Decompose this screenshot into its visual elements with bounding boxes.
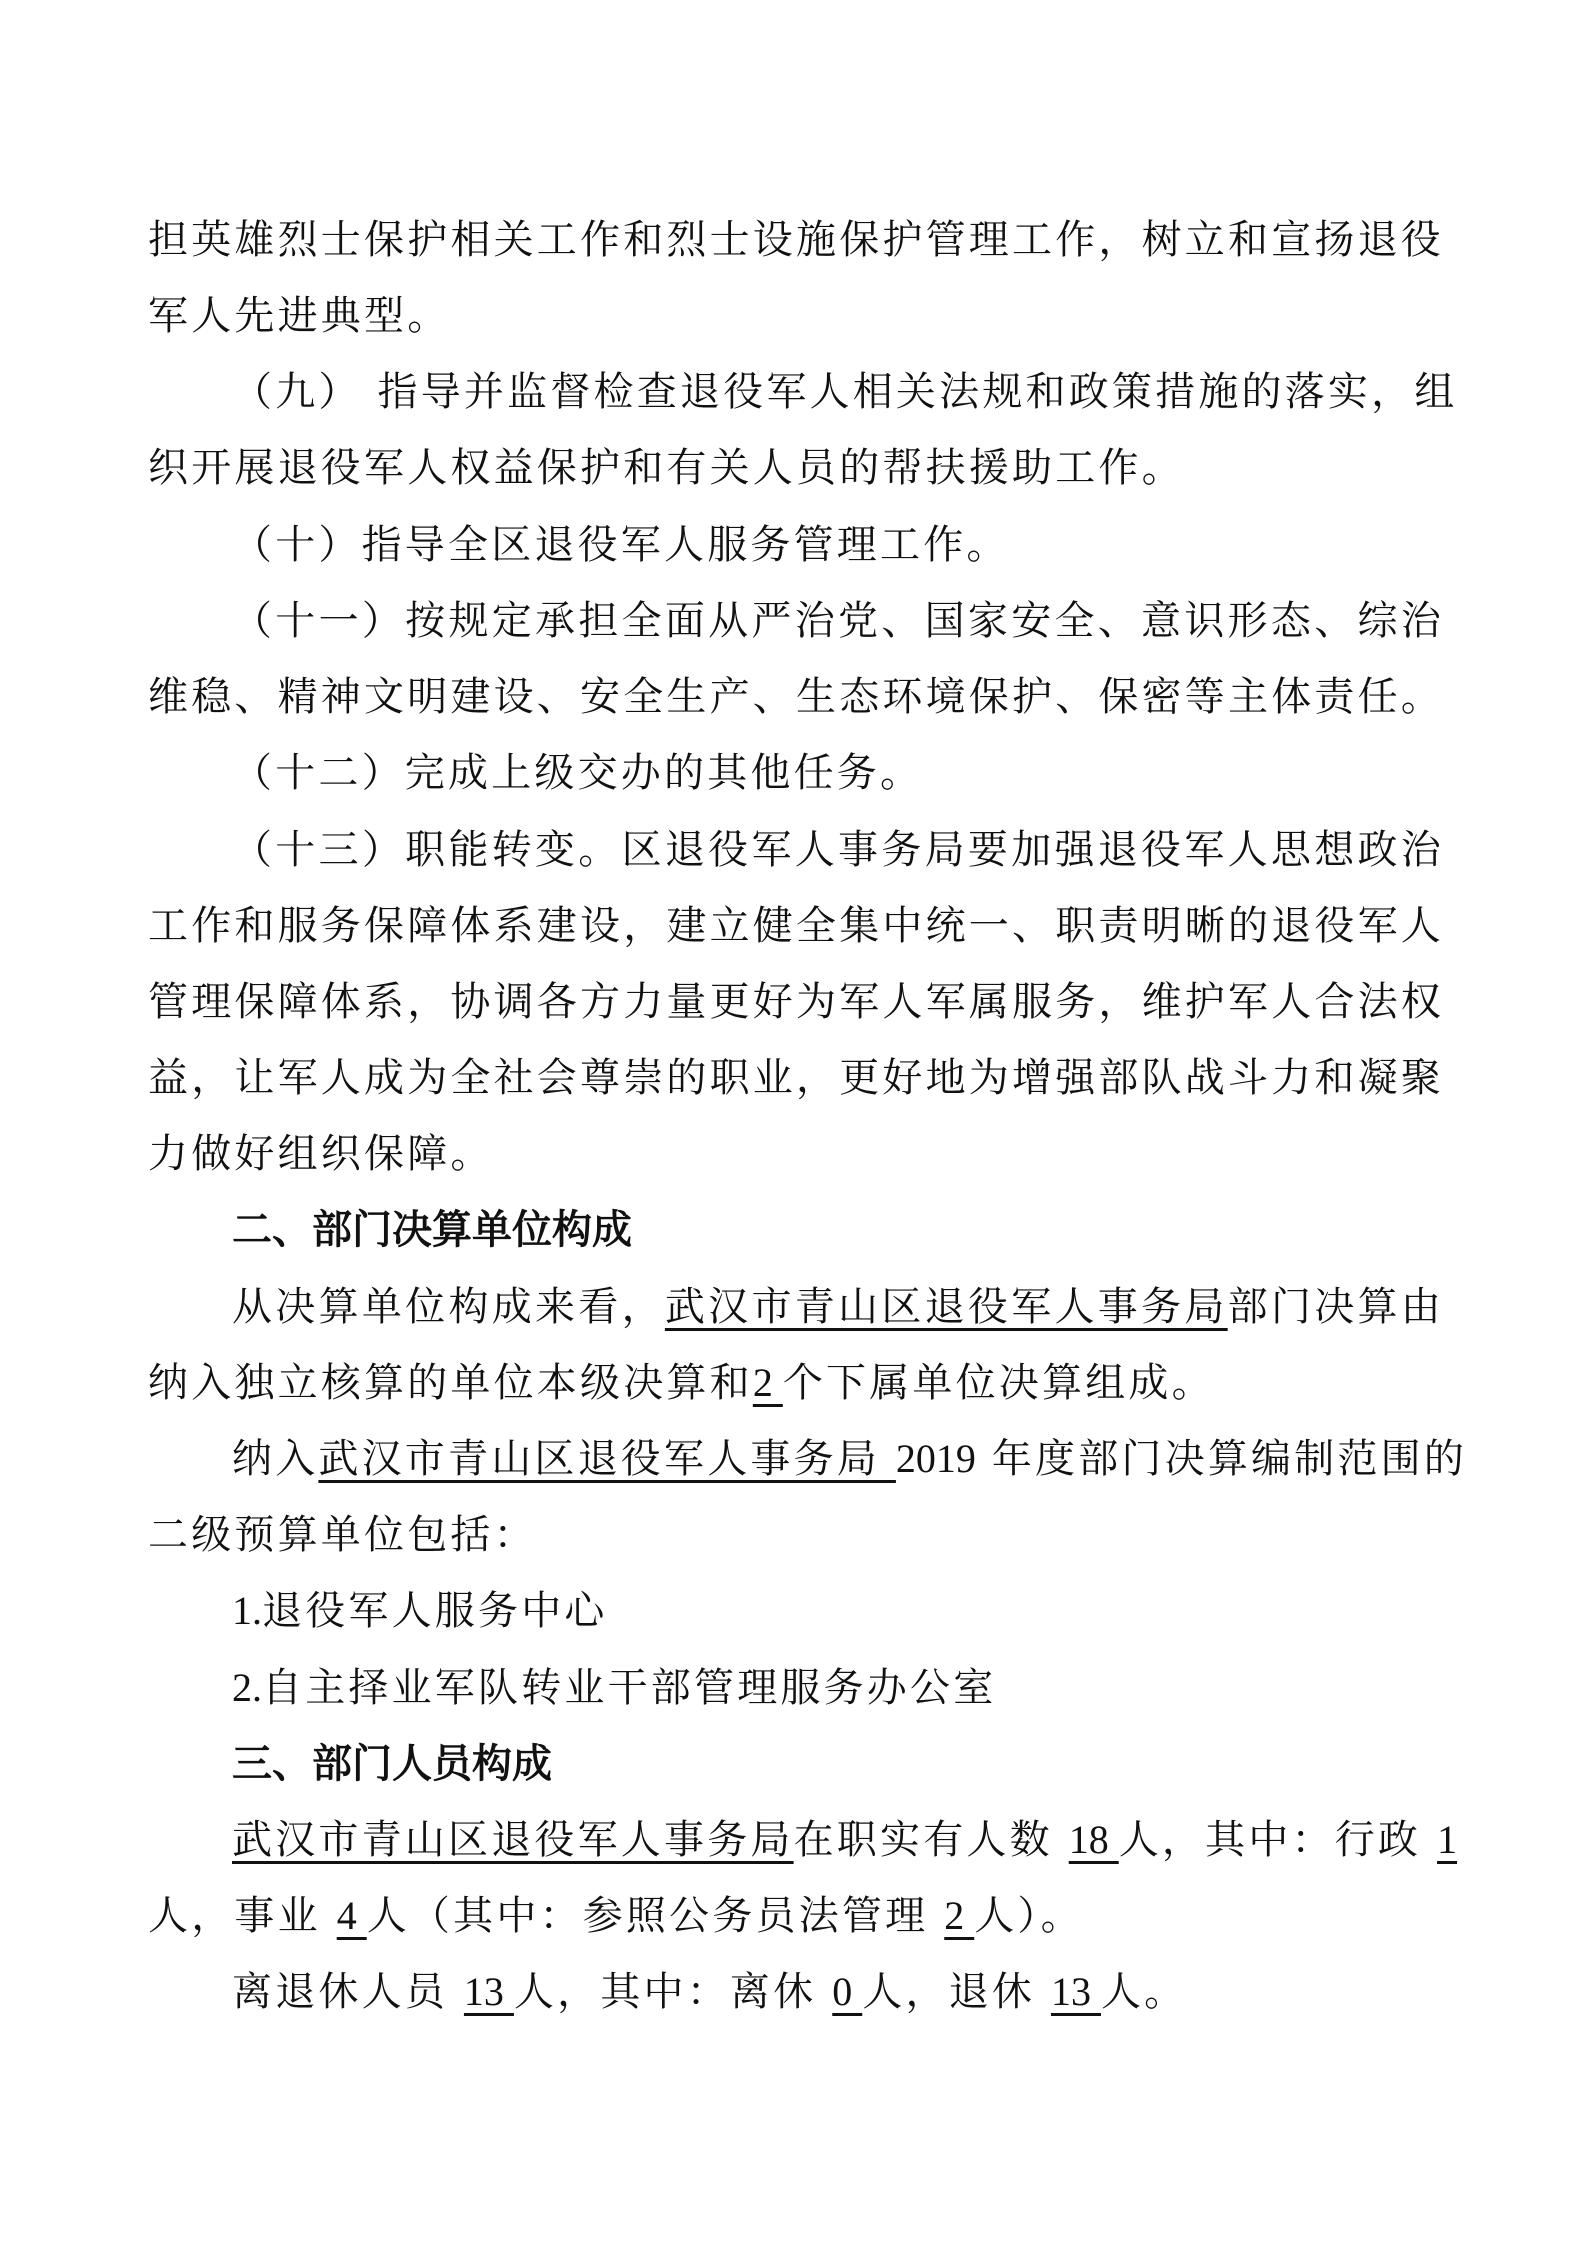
- text: 人，事业: [148, 1893, 337, 1939]
- paragraph-line-item-12: （十二）完成上级交办的其他任务。: [232, 735, 1444, 811]
- paragraph-line: 担英雄烈士保护相关工作和烈士设施保护管理工作，树立和宣扬退役: [148, 202, 1444, 278]
- paragraph-line: 武汉市青山区退役军人事务局在职实有人数 18 人，其中：行政 1: [232, 1802, 1444, 1878]
- list-number: 1.: [232, 1588, 262, 1633]
- institution-count-underlined: 4: [337, 1893, 367, 1938]
- staff-count-underlined: 18: [1069, 1817, 1119, 1862]
- text: 人。: [1101, 1969, 1187, 2015]
- document-page: 担英雄烈士保护相关工作和烈士设施保护管理工作，树立和宣扬退役 军人先进典型。 （…: [0, 0, 1587, 2245]
- text: 人，其中：行政: [1119, 1817, 1437, 1863]
- text: 工作和服务保障体系建设，建立健全集中统一、职责明晰的退役军人: [148, 903, 1444, 949]
- paragraph-line: 军人先进典型。: [148, 278, 1444, 354]
- paragraph-line: 离退休人员 13 人，其中：离休 0 人，退休 13 人。: [232, 1954, 1444, 2030]
- paragraph-line: 从决算单位构成来看，武汉市青山区退役军人事务局部门决算由: [232, 1269, 1444, 1345]
- year: 2019: [896, 1436, 976, 1481]
- paragraph-line: 纳入独立核算的单位本级决算和2 个下属单位决算组成。: [148, 1345, 1444, 1421]
- heading-text: 二、部门决算单位构成: [232, 1207, 632, 1253]
- text: 人）。: [974, 1893, 1084, 1939]
- text: 力做好组织保障。: [148, 1131, 494, 1177]
- text: 离退休人员: [232, 1969, 464, 2015]
- heading-text: 三、部门人员构成: [232, 1741, 552, 1787]
- list-text: 自主择业军队转业干部管理服务办公室: [262, 1665, 996, 1711]
- text: 部门决算由: [1228, 1284, 1444, 1330]
- paragraph-line-item-9: （九） 指导并监督检查退役军人相关法规和政策措施的落实，组: [232, 354, 1444, 430]
- department-name-underlined: 武汉市青山区退役军人事务局: [318, 1436, 896, 1482]
- text: 军人先进典型。: [148, 293, 450, 339]
- text: （十二）完成上级交办的其他任务。: [232, 750, 923, 796]
- section-heading-2: 二、部门决算单位构成: [232, 1192, 1444, 1268]
- lixiu-count-underlined: 0: [832, 1969, 862, 2014]
- civil-servant-count-underlined: 2: [944, 1893, 974, 1938]
- text: 二级预算单位包括：: [148, 1512, 537, 1558]
- text: 人，退休: [862, 1969, 1051, 2015]
- paragraph-line: 织开展退役军人权益保护和有关人员的帮扶援助工作。: [148, 430, 1444, 506]
- list-item-1: 1.退役军人服务中心: [232, 1573, 1444, 1649]
- text: （十一）按规定承担全面从严治党、国家安全、意识形态、综治: [232, 598, 1444, 644]
- paragraph-line: 工作和服务保障体系建设，建立健全集中统一、职责明晰的退役军人: [148, 888, 1444, 964]
- text: 纳入独立核算的单位本级决算和: [148, 1360, 753, 1406]
- section-heading-3: 三、部门人员构成: [232, 1726, 1444, 1802]
- text: 益，让军人成为全社会尊崇的职业，更好地为增强部队战斗力和凝聚: [148, 1055, 1444, 1101]
- text: 维稳、精神文明建设、安全生产、生态环境保护、保密等主体责任。: [148, 674, 1444, 720]
- text: （十）指导全区退役军人服务管理工作。: [232, 522, 1010, 568]
- paragraph-line: 二级预算单位包括：: [148, 1497, 1444, 1573]
- list-item-2: 2.自主择业军队转业干部管理服务办公室: [232, 1650, 1444, 1726]
- unit-count-underlined: 2: [753, 1360, 783, 1405]
- text: 人，其中：离休: [514, 1969, 832, 2015]
- text: 纳入: [232, 1436, 318, 1482]
- paragraph-line-item-13: （十三）职能转变。区退役军人事务局要加强退役军人思想政治: [232, 812, 1444, 888]
- text: 个下属单位决算组成。: [783, 1360, 1215, 1406]
- paragraph-line: 人，事业 4 人（其中：参照公务员法管理 2 人）。: [148, 1878, 1444, 1954]
- admin-count-underlined: 1: [1437, 1817, 1457, 1862]
- list-number: 2.: [232, 1665, 262, 1710]
- paragraph-line: 管理保障体系，协调各方力量更好为军人军属服务，维护军人合法权: [148, 964, 1444, 1040]
- text: 在职实有人数: [794, 1817, 1069, 1863]
- paragraph-line: 纳入武汉市青山区退役军人事务局 2019 年度部门决算编制范围的: [232, 1421, 1444, 1497]
- department-name-underlined: 武汉市青山区退役军人事务局: [665, 1284, 1228, 1330]
- paragraph-line: 力做好组织保障。: [148, 1116, 1444, 1192]
- text: 年度部门决算编制范围的: [976, 1436, 1467, 1482]
- text: 担英雄烈士保护相关工作和烈士设施保护管理工作，树立和宣扬退役: [148, 217, 1444, 263]
- tuixiu-count-underlined: 13: [1051, 1969, 1101, 2014]
- retired-total-underlined: 13: [464, 1969, 514, 2014]
- text: 人（其中：参照公务员法管理: [367, 1893, 945, 1939]
- text: 管理保障体系，协调各方力量更好为军人军属服务，维护军人合法权: [148, 979, 1444, 1025]
- list-text: 退役军人服务中心: [262, 1588, 608, 1634]
- text: 从决算单位构成来看，: [232, 1284, 665, 1330]
- paragraph-line-item-10: （十）指导全区退役军人服务管理工作。: [232, 507, 1444, 583]
- paragraph-line-item-11: （十一）按规定承担全面从严治党、国家安全、意识形态、综治: [232, 583, 1444, 659]
- text: （十三）职能转变。区退役军人事务局要加强退役军人思想政治: [232, 827, 1444, 873]
- department-name-underlined: 武汉市青山区退役军人事务局: [232, 1817, 794, 1863]
- paragraph-line: 益，让军人成为全社会尊崇的职业，更好地为增强部队战斗力和凝聚: [148, 1040, 1444, 1116]
- paragraph-line: 维稳、精神文明建设、安全生产、生态环境保护、保密等主体责任。: [148, 659, 1444, 735]
- text: 织开展退役军人权益保护和有关人员的帮扶援助工作。: [148, 445, 1185, 491]
- text: （九） 指导并监督检查退役军人相关法规和政策措施的落实，组: [232, 369, 1458, 415]
